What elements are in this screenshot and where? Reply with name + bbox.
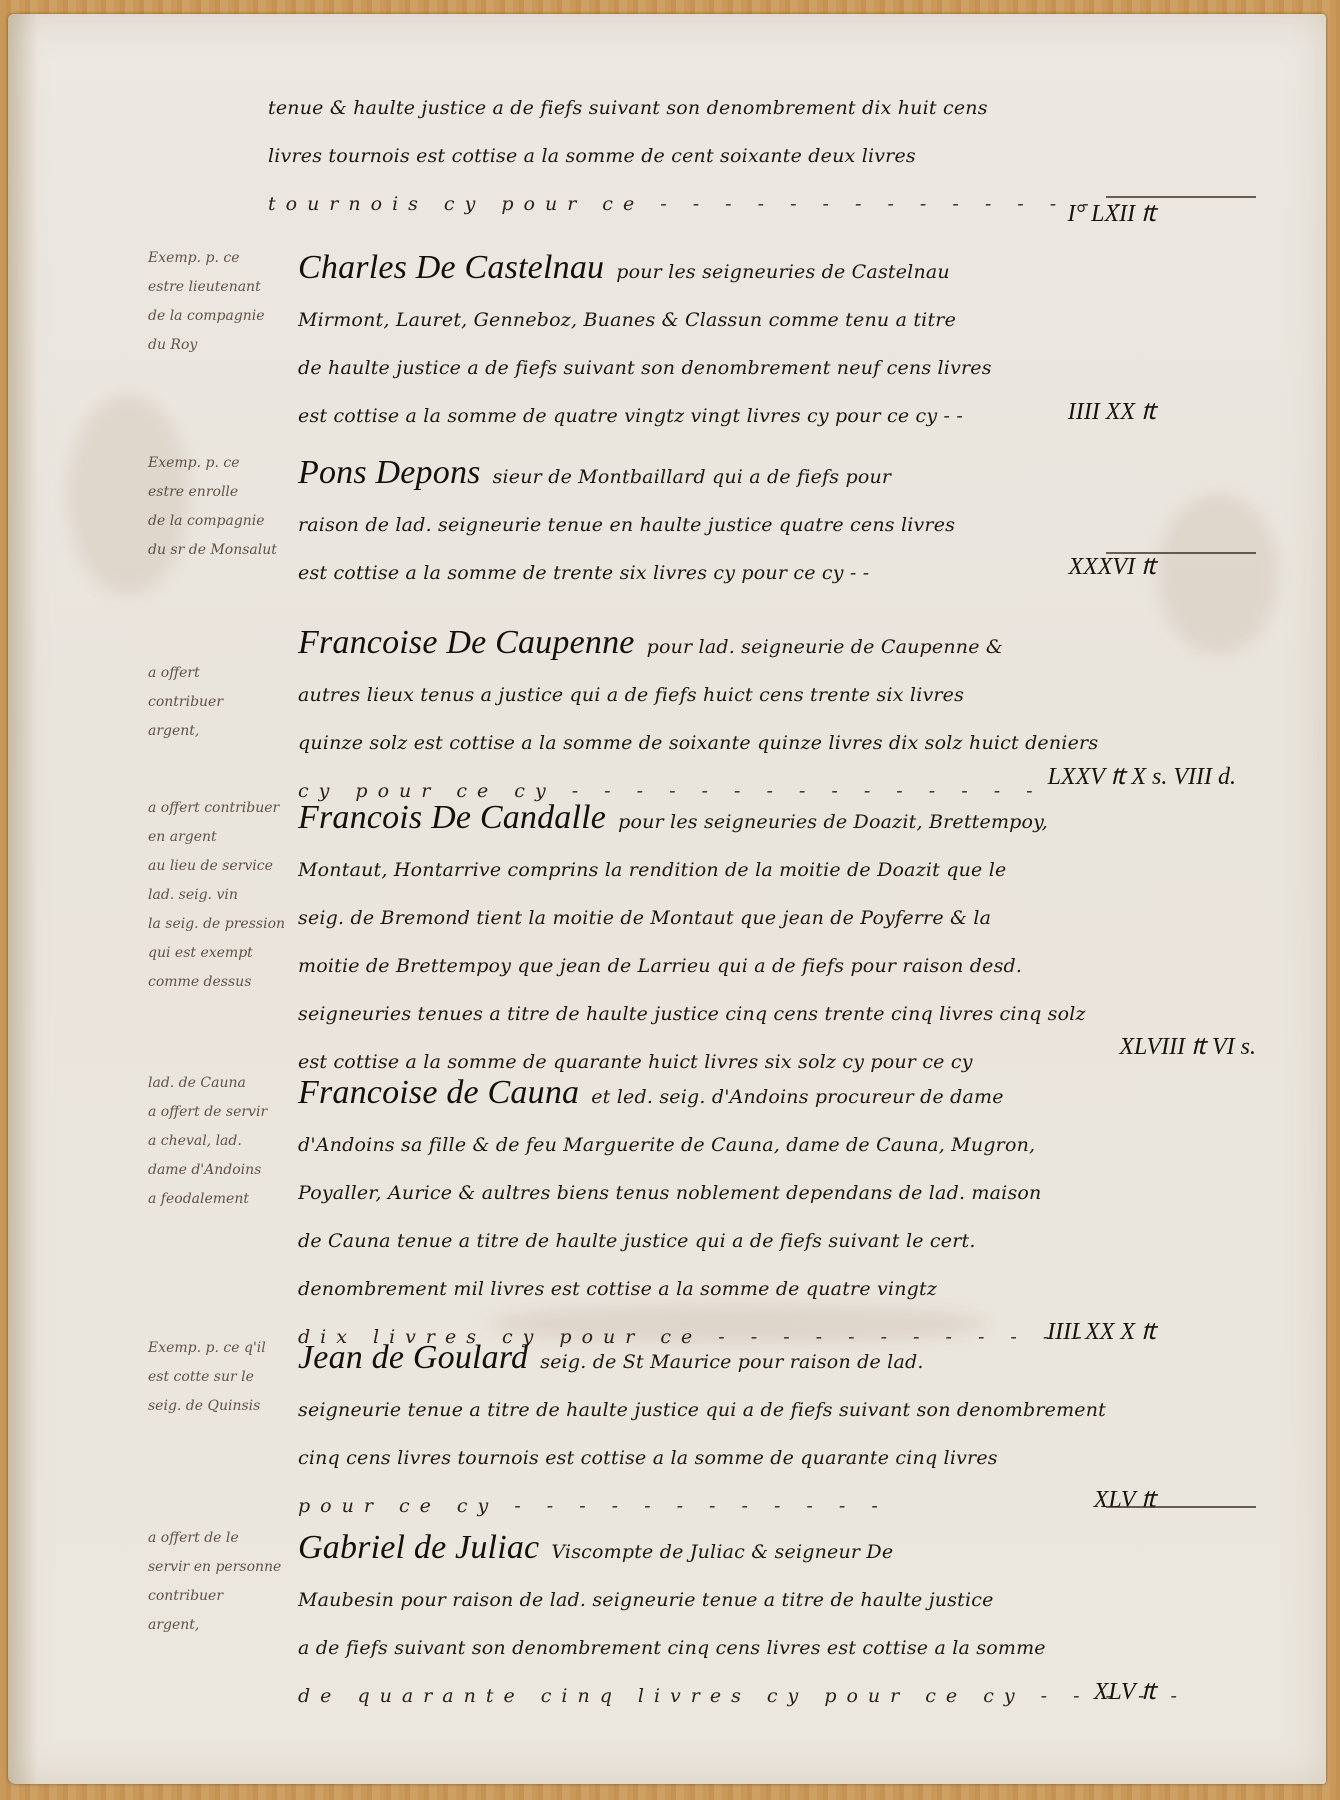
text-line: tournois cy pour ce - - - - - - - - - - …: [268, 180, 1168, 228]
ruled-line: [1106, 1506, 1256, 1508]
assessment-amount: XLVIII ₶ VI s.: [1119, 1029, 1256, 1062]
text-line: de quarante cinq livres cy pour ce cy - …: [298, 1672, 1198, 1720]
text-line: seigneuries tenues a titre de haulte jus…: [298, 990, 1198, 1038]
entry-text: Jean de Goulardseig. de St Maurice pour …: [298, 1334, 1198, 1530]
text-line: d'Andoins sa fille & de feu Marguerite d…: [298, 1121, 1198, 1169]
text-line: seigneurie tenue a titre de haulte justi…: [298, 1386, 1198, 1434]
text-line: de Cauna tenue a titre de haulte justice…: [298, 1217, 1198, 1265]
person-name: Francoise de Cauna: [298, 1074, 579, 1111]
margin-note: a offert contribueren argent au lieu de …: [148, 794, 298, 997]
text-line: moitie de Brettempoy que jean de Larrieu…: [298, 942, 1198, 990]
text-line: Montaut, Hontarrive comprins la renditio…: [298, 846, 1198, 894]
text-line: a de fiefs suivant son denombrement cinq…: [298, 1624, 1198, 1672]
text-line: pour ce cy - - - - - - - - - - - -: [298, 1482, 1198, 1530]
margin-note: Exemp. p. ce q'ilest cotte sur le seig. …: [148, 1334, 298, 1421]
text-line: est cottise a la somme de quatre vingtz …: [298, 392, 1198, 440]
assessment-amount: IIII XX ₶: [1068, 394, 1156, 427]
margin-note: a offert de leservir en personne contrib…: [148, 1524, 298, 1640]
ruled-line: [1106, 196, 1256, 198]
entry-text: Francois De Candallepour les seigneuries…: [298, 794, 1198, 1086]
person-name: Jean de Goulard: [298, 1339, 528, 1376]
entry-text: Pons Deponssieur de Montbaillard qui a d…: [298, 449, 1198, 597]
person-name: Gabriel de Juliac: [298, 1529, 539, 1566]
person-name: Francois De Candalle: [298, 799, 606, 836]
text-line: est cottise a la somme de trente six liv…: [298, 549, 1198, 597]
margin-note: Exemp. p. ceestre enrolle de la compagni…: [148, 449, 298, 565]
margin-note: Exemp. p. ceestre lieutenant de la compa…: [148, 244, 298, 360]
person-name: Pons Depons: [298, 454, 481, 491]
text-line: seig. de Bremond tient la moitie de Mont…: [298, 894, 1198, 942]
text-line: autres lieux tenus a justice qui a de fi…: [298, 671, 1198, 719]
text-line: raison de lad. seigneurie tenue en hault…: [298, 501, 1198, 549]
margin-note: a offertcontribuer argent,: [148, 659, 298, 746]
entry-text: tenue & haulte justice a de fiefs suivan…: [268, 84, 1168, 228]
text-line: de haulte justice a de fiefs suivant son…: [298, 344, 1198, 392]
text-line: denombrement mil livres est cottise a la…: [298, 1265, 1198, 1313]
entry-text: Gabriel de JuliacViscompte de Juliac & s…: [298, 1524, 1198, 1720]
person-name: Francoise De Caupenne: [298, 624, 635, 661]
assessment-amount: LXXV ₶ X s. VIII d.: [1048, 759, 1236, 792]
text-line: Mirmont, Lauret, Genneboz, Buanes & Clas…: [298, 296, 1198, 344]
text-line: Maubesin pour raison de lad. seigneurie …: [298, 1576, 1198, 1624]
entry-text: Charles De Castelnaupour les seigneuries…: [298, 244, 1198, 440]
text-line: livres tournois est cottise a la somme d…: [268, 132, 1168, 180]
ruled-line: [1106, 552, 1256, 554]
margin-note: lad. de Caunaa offert de servir a cheval…: [148, 1069, 298, 1214]
person-name: Charles De Castelnau: [298, 249, 604, 286]
text-line: tenue & haulte justice a de fiefs suivan…: [268, 84, 1168, 132]
text-line: cinq cens livres tournois est cottise a …: [298, 1434, 1198, 1482]
manuscript-page: tenue & haulte justice a de fiefs suivan…: [8, 14, 1326, 1784]
text-line: Poyaller, Aurice & aultres biens tenus n…: [298, 1169, 1198, 1217]
assessment-amount: XLV ₶: [1094, 1482, 1156, 1515]
assessment-amount: XLV ₶: [1094, 1674, 1156, 1707]
assessment-amount: I° LXII ₶: [1068, 196, 1157, 229]
